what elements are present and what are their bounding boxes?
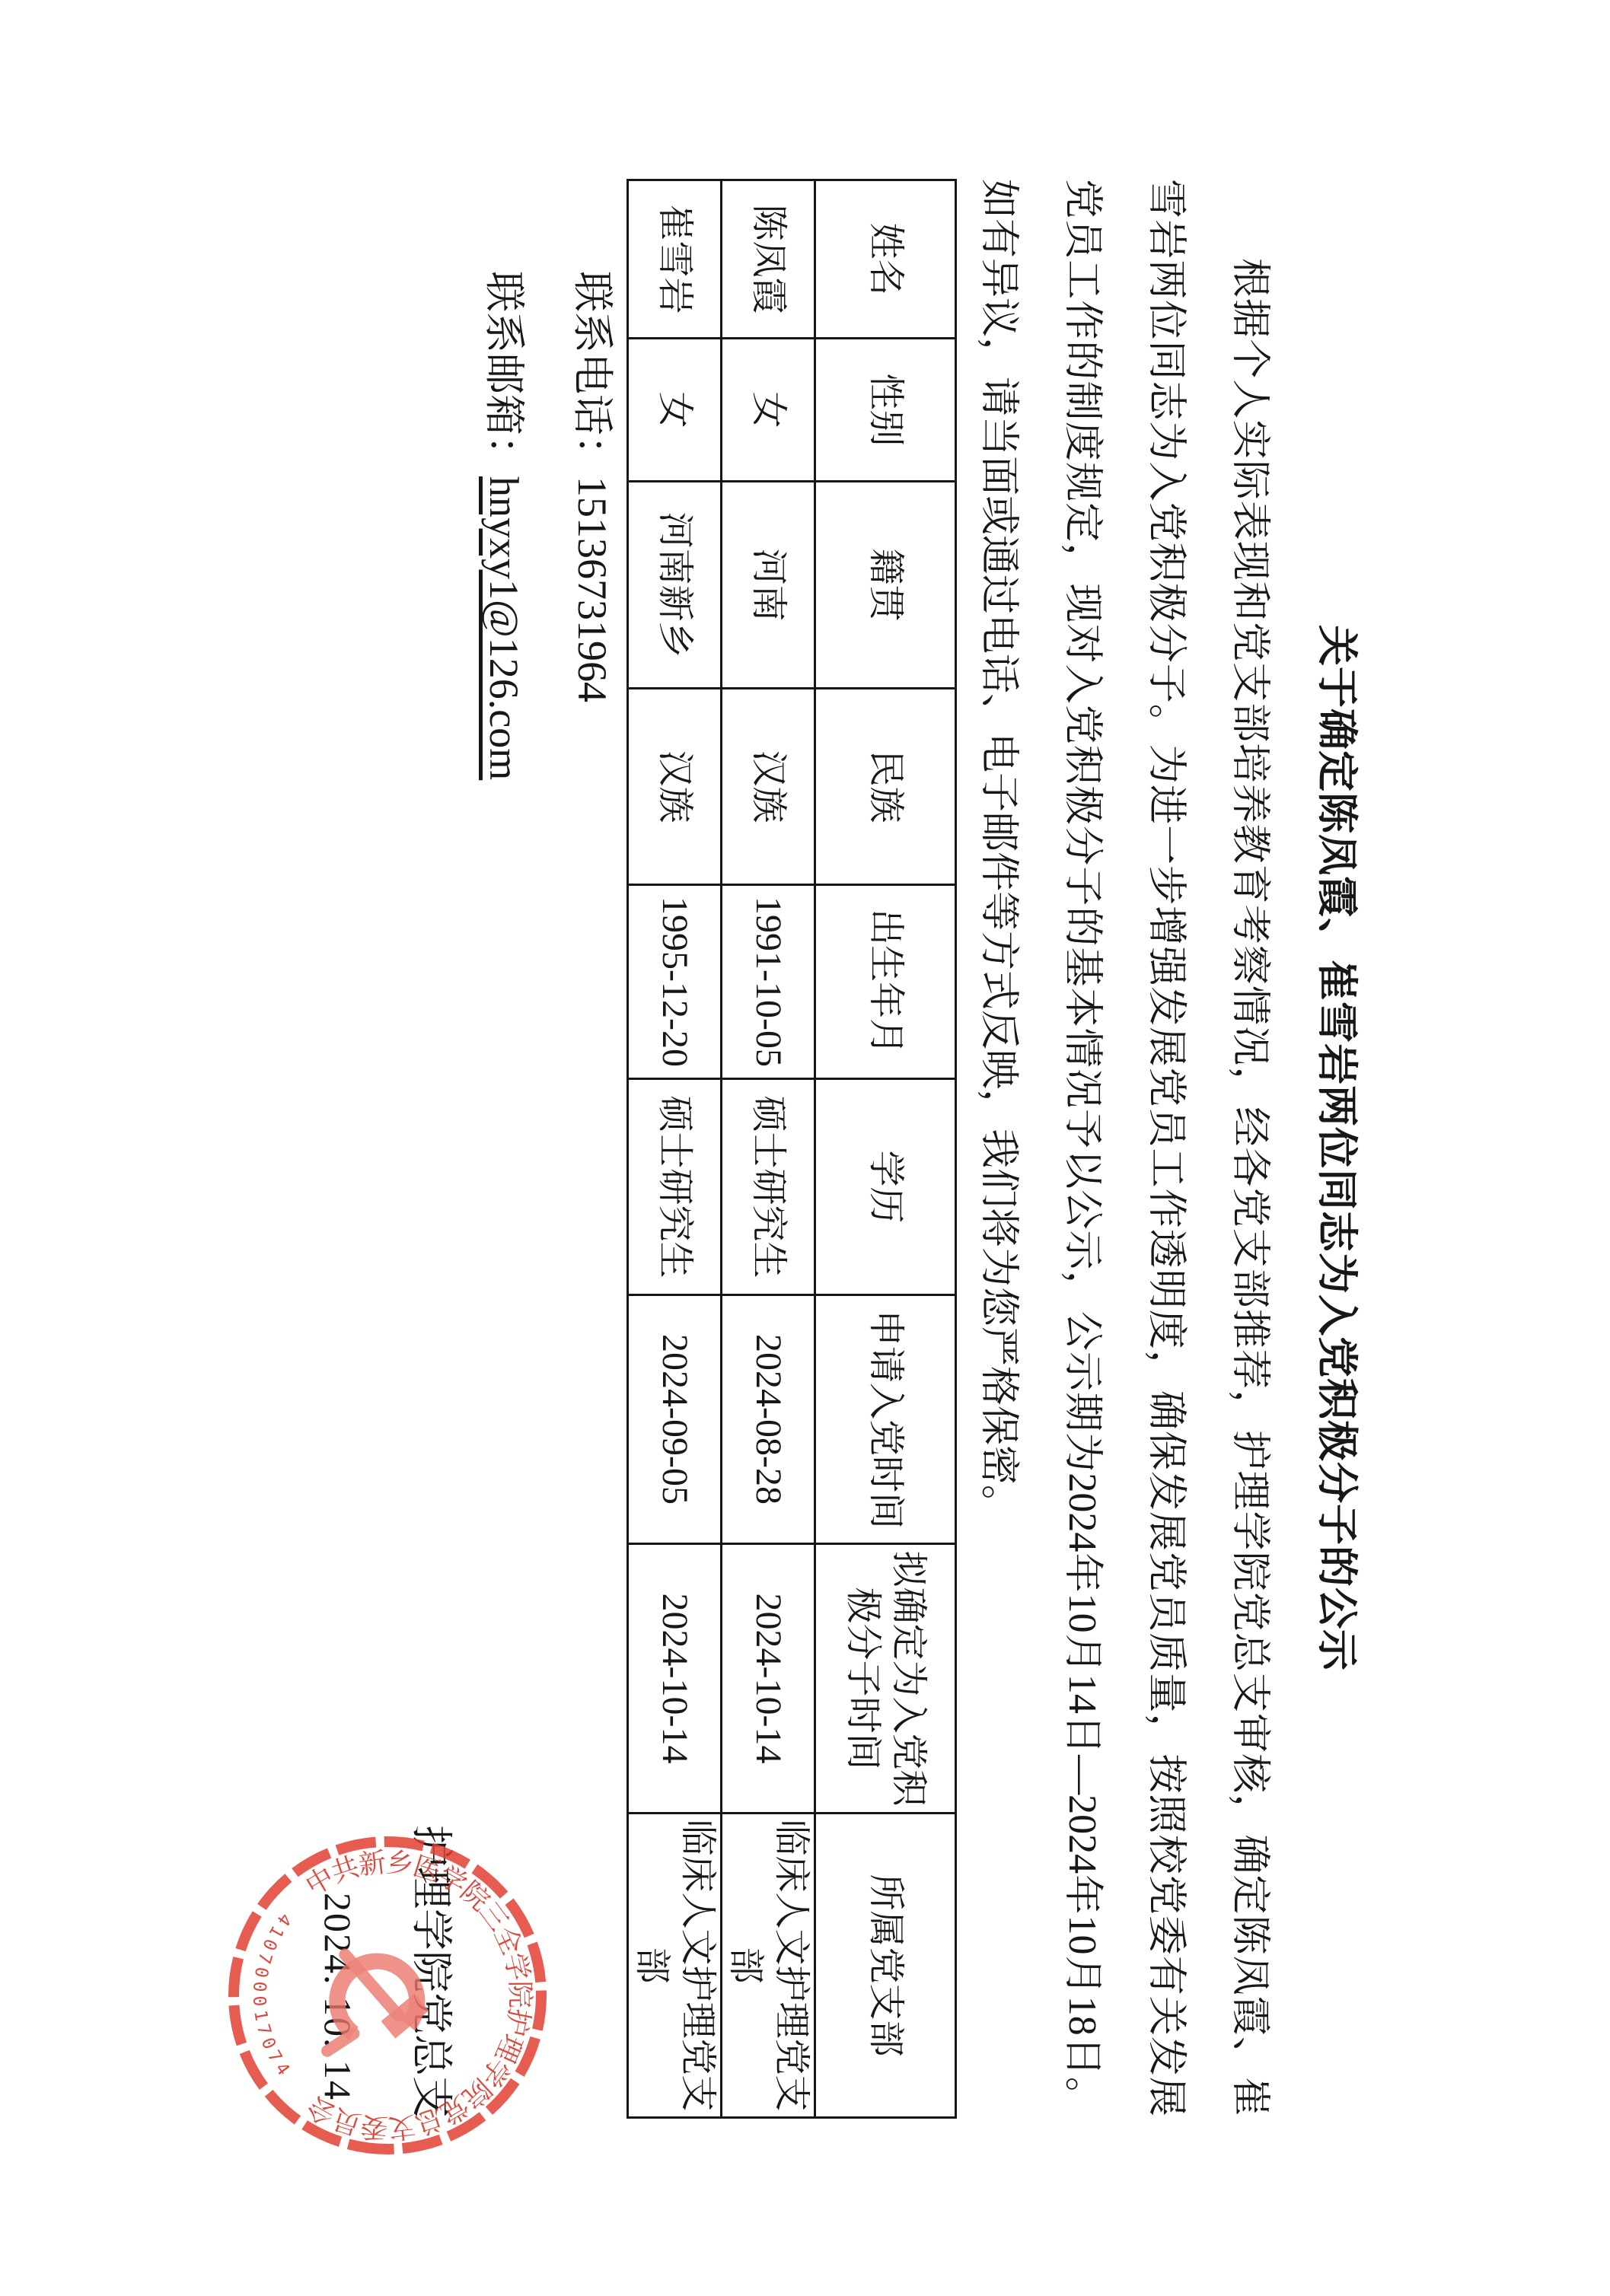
contact-phone-value: 15136731964 [569, 476, 615, 702]
rotated-document-content: 关于确定陈凤霞、崔雪岩两位同志为入党积极分子的公示 根据个人实际表现和党支部培养… [0, 0, 1610, 2296]
table-header-cell: 籍贯 [815, 482, 956, 689]
table-header-row: 姓名 性别 籍贯 民族 出生年月 学历 申请入党时间 拟确定为入党积极分子时间 … [815, 180, 956, 2118]
table-header-cell: 出生年月 [815, 885, 956, 1079]
table-cell: 1995-12-20 [628, 885, 722, 1079]
table-cell: 汉族 [722, 689, 815, 885]
table-cell: 1991-10-05 [722, 885, 815, 1079]
contact-phone-label: 联系电话： [569, 271, 615, 476]
table-cell: 2024-09-05 [628, 1295, 722, 1544]
table-row: 崔雪岩 女 河南新乡 汉族 1995-12-20 硕士研究生 2024-09-0… [628, 180, 722, 2118]
table-cell: 女 [628, 339, 722, 482]
contact-email-value: hnyxy1@126.com [481, 476, 527, 780]
contact-email-label: 联系邮箱： [481, 271, 527, 476]
table-header-cell: 拟确定为入党积极分子时间 [815, 1544, 956, 1814]
table-cell: 临床人文护理党支部 [628, 1814, 722, 2118]
official-red-stamp: 中共新乡医学院三全学院护理学院党总支委员会 4107000170740 [212, 1820, 563, 2170]
table-header-cell: 申请入党时间 [815, 1295, 956, 1544]
table-cell: 硕士研究生 [722, 1079, 815, 1295]
table-row: 陈凤霞 女 河南 汉族 1991-10-05 硕士研究生 2024-08-28 … [722, 180, 815, 2118]
table-cell: 汉族 [628, 689, 722, 885]
table-header-cell: 学历 [815, 1079, 956, 1295]
table-header-cell: 姓名 [815, 180, 956, 339]
table-cell: 河南新乡 [628, 482, 722, 689]
table-cell: 崔雪岩 [628, 180, 722, 339]
contact-email: 联系邮箱：hnyxy1@126.com [478, 271, 537, 780]
table-cell: 硕士研究生 [628, 1079, 722, 1295]
table-header-cell: 所属党支部 [815, 1814, 956, 2118]
scanned-document-page: 关于确定陈凤霞、崔雪岩两位同志为入党积极分子的公示 根据个人实际表现和党支部培养… [0, 0, 1610, 2296]
table-header-cell: 性别 [815, 339, 956, 482]
table-cell: 2024-10-14 [628, 1544, 722, 1814]
document-title: 关于确定陈凤霞、崔雪岩两位同志为入党积极分子的公示 [1311, 0, 1369, 2296]
table-cell: 河南 [722, 482, 815, 689]
contact-phone: 联系电话：15136731964 [566, 271, 625, 702]
candidate-info-table: 姓名 性别 籍贯 民族 出生年月 学历 申请入党时间 拟确定为入党积极分子时间 … [626, 179, 957, 2119]
table-cell: 2024-10-14 [722, 1544, 815, 1814]
table-cell: 女 [722, 339, 815, 482]
table-cell: 2024-08-28 [722, 1295, 815, 1544]
body-paragraph: 根据个人实际表现和党支部培养教育考察情况，经各党支部推荐，护理学院党总支审核，确… [956, 179, 1291, 2116]
party-emblem-icon [327, 1954, 427, 2062]
table-header-cell: 民族 [815, 689, 956, 885]
table-cell: 临床人文护理党支部 [722, 1814, 815, 2118]
table-cell: 陈凤霞 [722, 180, 815, 339]
